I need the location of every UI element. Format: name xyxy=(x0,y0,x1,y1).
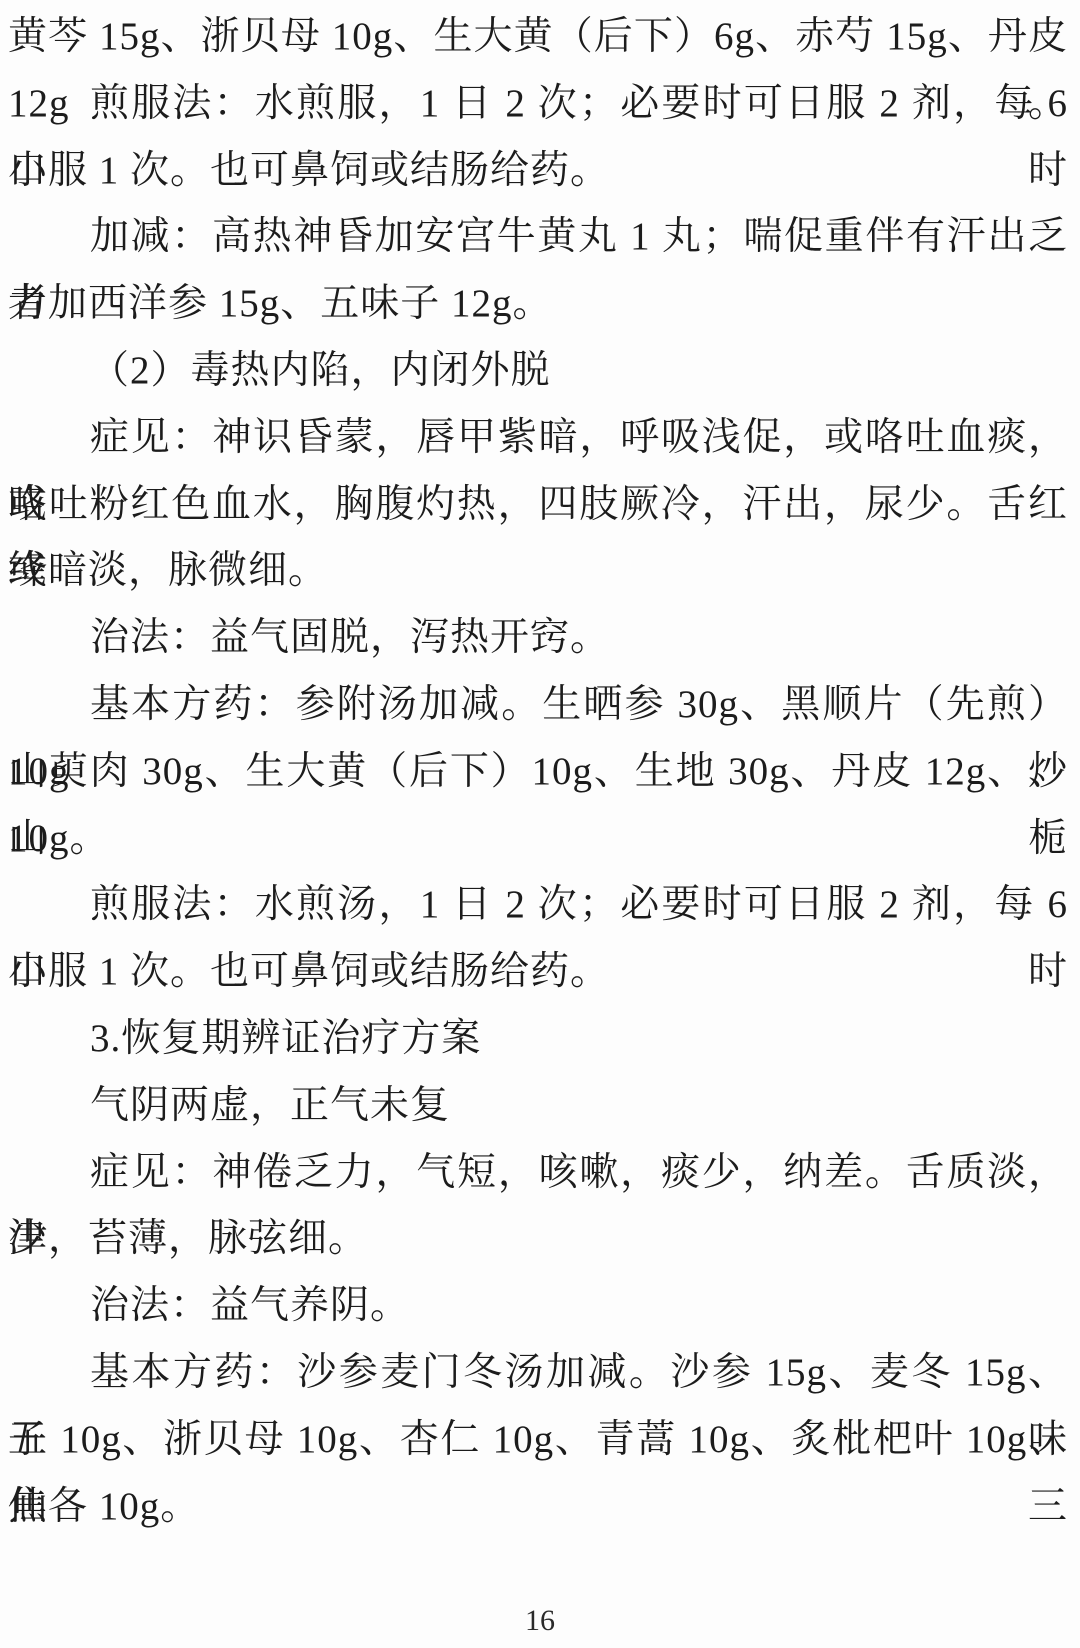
page-number: 16 xyxy=(0,1604,1080,1638)
text-line: 治法：益气养阴。 xyxy=(8,1273,1068,1340)
text-line: 基本方药：参附汤加减。生晒参 30g、黑顺片（先煎）10g、 xyxy=(8,672,1068,739)
text-line: 症见：神倦乏力，气短，咳嗽，痰少，纳差。舌质淡，少 xyxy=(8,1140,1068,1207)
text-line: 山萸肉 30g、生大黄（后下）10g、生地 30g、丹皮 12g、炒山栀 xyxy=(8,739,1068,806)
text-line: 治法：益气固脱，泻热开窍。 xyxy=(8,605,1068,672)
text-line: 子 10g、浙贝母 10g、杏仁 10g、青蒿 10g、炙枇杷叶 10g、焦三 xyxy=(8,1407,1068,1474)
text-line: 咯吐粉红色血水，胸腹灼热，四肢厥冷，汗出，尿少。舌红绛 xyxy=(8,472,1068,539)
text-line: 煎服法：水煎汤，1 日 2 次；必要时可日服 2 剂，每 6 小时 xyxy=(8,872,1068,939)
text-line: （2）毒热内陷，内闭外脱 xyxy=(8,338,1068,405)
document-body: 黄芩 15g、浙贝母 10g、生大黄（后下）6g、赤芍 15g、丹皮 12g。煎… xyxy=(8,4,1068,1540)
text-line: 基本方药：沙参麦门冬汤加减。沙参 15g、麦冬 15g、五味 xyxy=(8,1340,1068,1407)
text-line: 煎服法：水煎服，1 日 2 次；必要时可日服 2 剂，每 6 小时 xyxy=(8,71,1068,138)
text-line: 3.恢复期辨证治疗方案 xyxy=(8,1006,1068,1073)
text-line: 症见：神识昏蒙，唇甲紫暗，呼吸浅促，或咯吐血痰，或 xyxy=(8,405,1068,472)
text-line: 气阴两虚，正气未复 xyxy=(8,1073,1068,1140)
text-line: 黄芩 15g、浙贝母 10g、生大黄（后下）6g、赤芍 15g、丹皮 12g。 xyxy=(8,4,1068,71)
text-line: 或暗淡，脉微细。 xyxy=(8,538,1068,605)
document-page: 黄芩 15g、浙贝母 10g、生大黄（后下）6g、赤芍 15g、丹皮 12g。煎… xyxy=(0,0,1080,1648)
text-line: 者加西洋参 15g、五味子 12g。 xyxy=(8,271,1068,338)
text-line: 加减：高热神昏加安宫牛黄丸 1 丸；喘促重伴有汗出乏力 xyxy=(8,204,1068,271)
text-line: 津，苔薄，脉弦细。 xyxy=(8,1206,1068,1273)
